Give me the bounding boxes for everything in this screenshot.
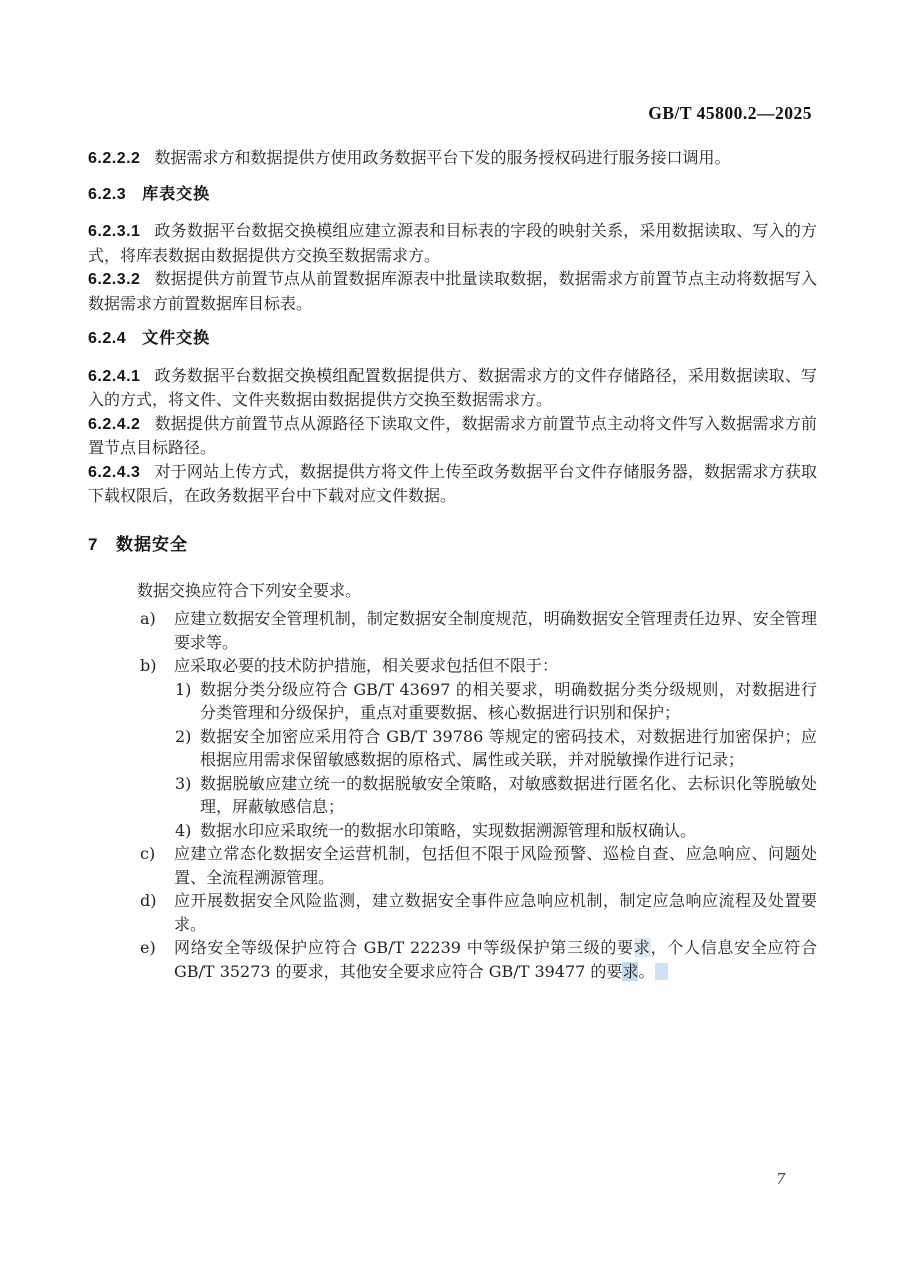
list-marker: 3): [175, 772, 191, 796]
list-marker: d): [140, 889, 156, 913]
document-page: GB/T 45800.2—2025 6.2.2.2数据需求方和数据提供方使用政务…: [0, 0, 900, 1272]
heading-title: 数据安全: [116, 535, 188, 554]
list-item-b: b)应采取必要的技术防护措施，相关要求包括但不限于：: [88, 654, 817, 678]
clause-6.2.3.1: 6.2.3.1政务数据平台数据交换模组应建立源表和目标表的字段的映射关系，采用数…: [88, 219, 817, 267]
list-item-b1: 1)数据分类分级应符合 GB/T 43697 的相关要求，明确数据分类分级规则，…: [88, 678, 817, 725]
clause-text: 政务数据平台数据交换模组配置数据提供方、数据需求方的文件存储路径，采用数据读取、…: [88, 366, 817, 410]
list-item-text: 应建立常态化数据安全运营机制，包括但不限于风险预警、巡检自查、应急响应、问题处置…: [174, 844, 817, 887]
heading-6.2.4: 6.2.4文件交换: [88, 327, 817, 351]
list-marker: c): [140, 842, 155, 866]
clause-text: 数据提供方前置节点从前置数据库源表中批量读取数据，数据需求方前置节点主动将数据写…: [88, 269, 817, 313]
list-item-text: 数据脱敏应建立统一的数据脱敏安全策略，对敏感数据进行匿名化、去标识化等脱敏处理，…: [200, 774, 817, 817]
list-marker: 1): [175, 678, 191, 702]
clause-6.2.3.2: 6.2.3.2数据提供方前置节点从前置数据库源表中批量读取数据，数据需求方前置节…: [88, 267, 817, 315]
list-item-text: 应建立数据安全管理机制，制定数据安全制度规范，明确数据安全管理责任边界、安全管理…: [174, 609, 817, 652]
clause-6.2.4.3: 6.2.4.3对于网站上传方式，数据提供方将文件上传至政务数据平台文件存储服务器…: [88, 460, 817, 508]
list-marker: 2): [175, 725, 191, 749]
heading-title: 文件交换: [142, 330, 210, 347]
list-item-a: a)应建立数据安全管理机制，制定数据安全制度规范，明确数据安全管理责任边界、安全…: [88, 607, 817, 654]
heading-6.2.3: 6.2.3库表交换: [88, 183, 817, 207]
clause-6.2.2.2: 6.2.2.2数据需求方和数据提供方使用政务数据平台下发的服务授权码进行服务接口…: [88, 146, 817, 171]
list-marker: b): [140, 654, 156, 678]
clause-number: 6.2.4.2: [88, 416, 140, 433]
list-marker: a): [140, 607, 156, 631]
clause-number: 6.2.2.2: [88, 150, 140, 167]
clause-6.2.4.2: 6.2.4.2数据提供方前置节点从源路径下读取文件，数据需求方前置节点主动将文件…: [88, 412, 817, 460]
heading-number: 6.2.4: [88, 330, 126, 347]
page-number: 7: [776, 1170, 786, 1188]
clause-text: 政务数据平台数据交换模组应建立源表和目标表的字段的映射关系，采用数据读取、写入的…: [88, 221, 817, 265]
list-item-d: d)应开展数据安全风险监测，建立数据安全事件应急响应机制，制定应急响应流程及处置…: [88, 889, 817, 936]
list-item-e: e)网络安全等级保护应符合 GB/T 22239 中等级保护第三级的要求，个人信…: [88, 936, 817, 983]
standard-code-header: GB/T 45800.2—2025: [648, 103, 812, 124]
list-item-c: c)应建立常态化数据安全运营机制，包括但不限于风险预警、巡检自查、应急响应、问题…: [88, 842, 817, 889]
section-7-intro: 数据交换应符合下列安全要求。: [88, 579, 817, 603]
list-marker: e): [140, 936, 156, 960]
selection-highlight-faint: 求: [634, 938, 651, 957]
selection-highlight-block: [655, 963, 668, 980]
list-item-text: 数据水印应采取统一的数据水印策略，实现数据溯源管理和版权确认。: [200, 821, 696, 840]
clause-text: 对于网站上传方式，数据提供方将文件上传至政务数据平台文件存储服务器，数据需求方获…: [88, 462, 817, 506]
clause-number: 6.2.3.1: [88, 223, 140, 240]
clause-number: 6.2.3.2: [88, 271, 140, 288]
list-item-text: 网络安全等级保护应符合 GB/T 22239 中等级保护第三级的要: [174, 938, 634, 957]
list-marker: 4): [175, 819, 191, 843]
list-item-text: 。: [638, 962, 654, 981]
list-item-b2: 2)数据安全加密应采用符合 GB/T 39786 等规定的密码技术，对数据进行加…: [88, 725, 817, 772]
heading-title: 库表交换: [142, 186, 210, 203]
list-item-text: 数据分类分级应符合 GB/T 43697 的相关要求，明确数据分类分级规则，对数…: [200, 680, 817, 723]
list-item-b4: 4)数据水印应采取统一的数据水印策略，实现数据溯源管理和版权确认。: [88, 819, 817, 843]
document-content: 6.2.2.2数据需求方和数据提供方使用政务数据平台下发的服务授权码进行服务接口…: [88, 146, 817, 983]
list-item-text: 数据安全加密应采用符合 GB/T 39786 等规定的密码技术，对数据进行加密保…: [200, 727, 817, 770]
clause-text: 数据提供方前置节点从源路径下读取文件，数据需求方前置节点主动将文件写入数据需求方…: [88, 414, 817, 458]
clause-number: 6.2.4.3: [88, 464, 140, 481]
list-item-b3: 3)数据脱敏应建立统一的数据脱敏安全策略，对敏感数据进行匿名化、去标识化等脱敏处…: [88, 772, 817, 819]
heading-number: 6.2.3: [88, 186, 126, 203]
clause-6.2.4.1: 6.2.4.1政务数据平台数据交换模组配置数据提供方、数据需求方的文件存储路径，…: [88, 364, 817, 412]
selection-highlight: 求: [622, 962, 638, 981]
clause-text: 数据需求方和数据提供方使用政务数据平台下发的服务授权码进行服务接口调用。: [154, 148, 730, 167]
clause-number: 6.2.4.1: [88, 368, 140, 385]
list-item-text: 应采取必要的技术防护措施，相关要求包括但不限于：: [174, 656, 558, 675]
list-item-text: 应开展数据安全风险监测，建立数据安全事件应急响应机制，制定应急响应流程及处置要求…: [174, 891, 817, 934]
heading-7-data-security: 7数据安全: [88, 533, 817, 557]
heading-number: 7: [88, 535, 98, 554]
